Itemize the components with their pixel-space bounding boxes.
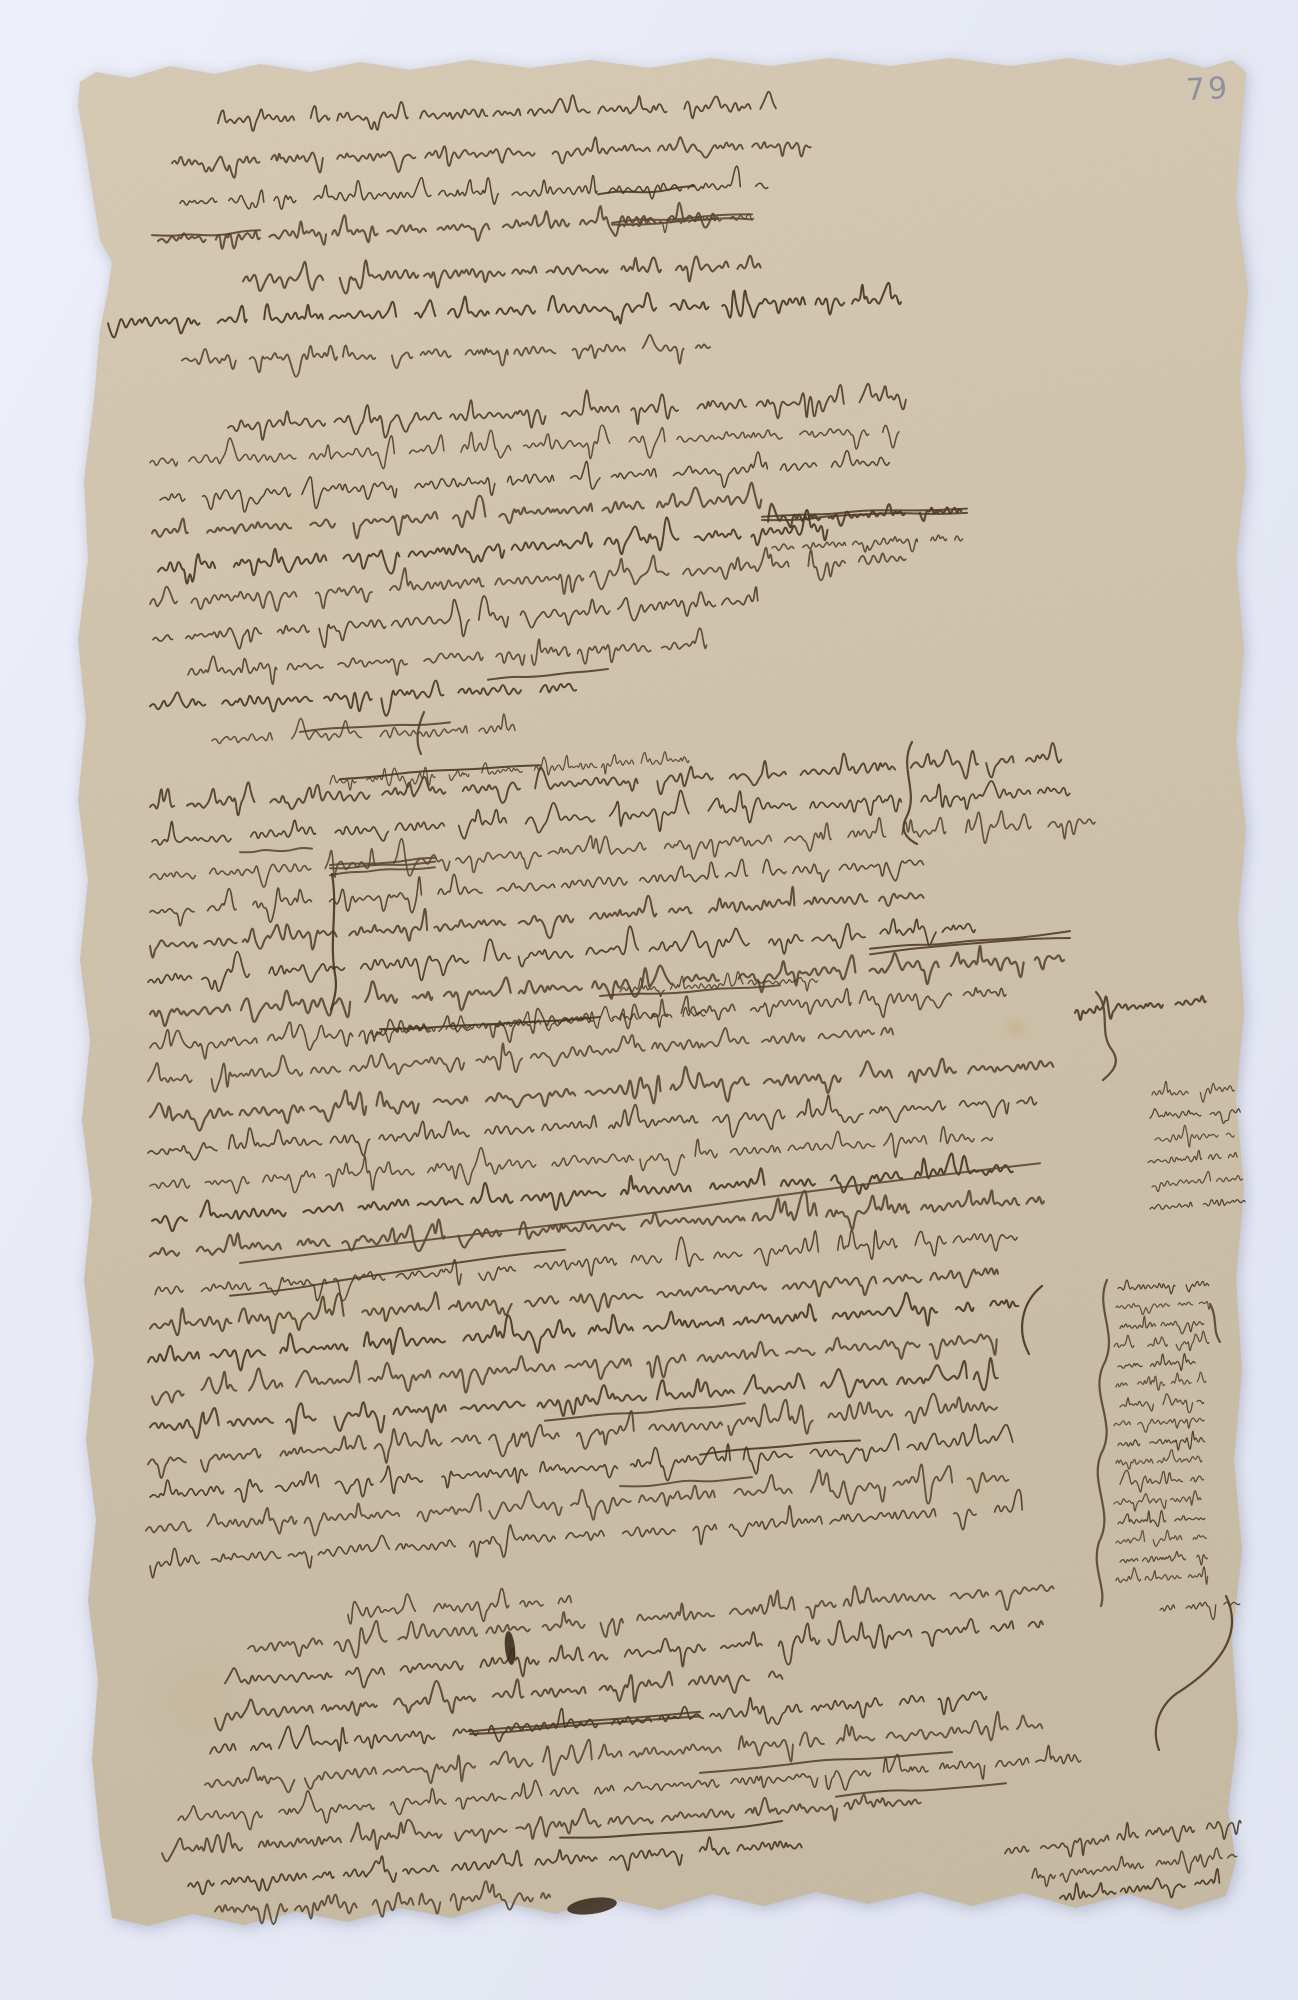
paper-edge-glow [0, 0, 1298, 2000]
paper-shadow-wrap [0, 0, 1298, 2000]
manuscript-paper [0, 0, 1298, 2000]
page-number: 79 [1185, 71, 1231, 108]
scanned-document-background: 79 [0, 0, 1298, 2000]
